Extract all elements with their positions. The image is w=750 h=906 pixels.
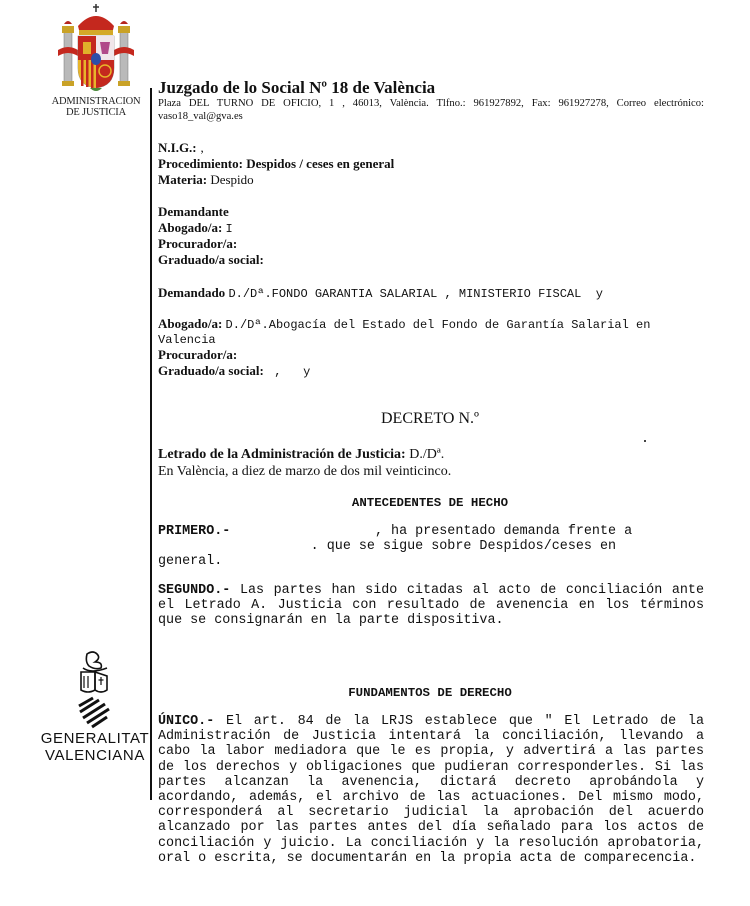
procedimiento-value: Despidos / ceses en general <box>246 156 394 171</box>
justicia-label-line2: DE JUSTICIA <box>46 107 146 118</box>
place-date: En València, a diez de marzo de dos mil … <box>158 463 451 480</box>
letrado-value: D./Dª. <box>409 447 444 462</box>
segundo-text: Las partes han sido citadas al acto de c… <box>158 583 704 628</box>
court-title: Juzgado de lo Social Nº 18 de València <box>158 78 435 98</box>
procedimiento-label: Procedimiento: <box>158 156 243 171</box>
demandado-procurador-label: Procurador/a: <box>158 347 237 363</box>
demandado-graduado-label: Graduado/a social: <box>158 363 264 378</box>
demandado-value: D./Dª.FONDO GARANTIA SALARIAL , MINISTER… <box>228 287 602 301</box>
primero-line2: . que se sigue sobre Despidos/ceses en <box>158 539 704 554</box>
demandante-label: Demandante <box>158 204 229 220</box>
court-address: Plaza DEL TURNO DE OFICIO, 1 , 46013, Va… <box>158 97 704 123</box>
demandado-graduado-value: , y <box>267 365 310 379</box>
primero-line3: general. <box>158 554 704 569</box>
unico-text: El art. 84 de la LRJS establece que " El… <box>158 714 704 866</box>
segundo-lead: SEGUNDO.- <box>158 583 230 598</box>
fundamentos-title: FUNDAMENTOS DE DERECHO <box>150 686 710 700</box>
procedimiento-line: Procedimiento: Despidos / ceses en gener… <box>158 156 394 172</box>
demandado-label: Demandado <box>158 285 225 300</box>
generalitat-valenciana-logo: GENERALITAT VALENCIANA <box>40 650 150 764</box>
materia-label: Materia: <box>158 172 207 187</box>
primero-paragraph: PRIMERO.- , ha presentado demanda frente… <box>158 524 704 570</box>
nig-label: N.I.G.: <box>158 140 197 155</box>
gva-label-line1: GENERALITAT <box>40 730 150 747</box>
letrado-label: Letrado de la Administración de Justicia… <box>158 447 406 462</box>
demandado-abogado-line: Abogado/a: D./Dª.Abogacía del Estado del… <box>158 316 704 333</box>
demandante-abogado-value: I <box>226 222 233 236</box>
justicia-label-line1: ADMINISTRACION <box>46 96 146 107</box>
demandante-abogado-line: Abogado/a: I <box>158 220 233 237</box>
primero-line1: , ha presentado demanda frente a <box>230 524 632 539</box>
demandado-abogado-label: Abogado/a: <box>158 316 222 331</box>
administracion-justicia-logo: ADMINISTRACION DE JUSTICIA <box>46 4 146 118</box>
demandante-procurador-label: Procurador/a: <box>158 236 237 252</box>
demandado-line: Demandado D./Dª.FONDO GARANTIA SALARIAL … <box>158 285 603 302</box>
demandado-abogado-value-line1: D./Dª.Abogacía del Estado del Fondo de G… <box>226 318 651 332</box>
letrado-block: Letrado de la Administración de Justicia… <box>158 446 451 480</box>
nig-value: ‚ <box>200 140 204 155</box>
primero-lead: PRIMERO.- <box>158 524 230 539</box>
demandante-abogado-label: Abogado/a: <box>158 220 222 235</box>
demandante-graduado-label: Graduado/a social: <box>158 252 264 268</box>
spain-coat-of-arms-icon <box>56 4 136 96</box>
antecedentes-title: ANTECEDENTES DE HECHO <box>150 496 710 510</box>
gva-label-line2: VALENCIANA <box>40 747 150 764</box>
demandado-graduado-line: Graduado/a social: , y <box>158 363 310 380</box>
generalitat-emblem-icon <box>73 650 117 730</box>
nig-line: N.I.G.: ‚ <box>158 140 204 156</box>
materia-line: Materia: Despido <box>158 172 254 188</box>
letrado-line: Letrado de la Administración de Justicia… <box>158 446 451 463</box>
demandado-abogado-value-line2: Valencia <box>158 332 216 348</box>
unico-paragraph: ÚNICO.- El art. 84 de la LRJS establece … <box>158 714 704 866</box>
redaction-dot <box>644 440 646 442</box>
decreto-title: DECRETO N.º <box>150 410 710 428</box>
unico-lead: ÚNICO.- <box>158 714 214 729</box>
segundo-paragraph: SEGUNDO.- Las partes han sido citadas al… <box>158 583 704 629</box>
materia-value: Despido <box>210 172 253 187</box>
